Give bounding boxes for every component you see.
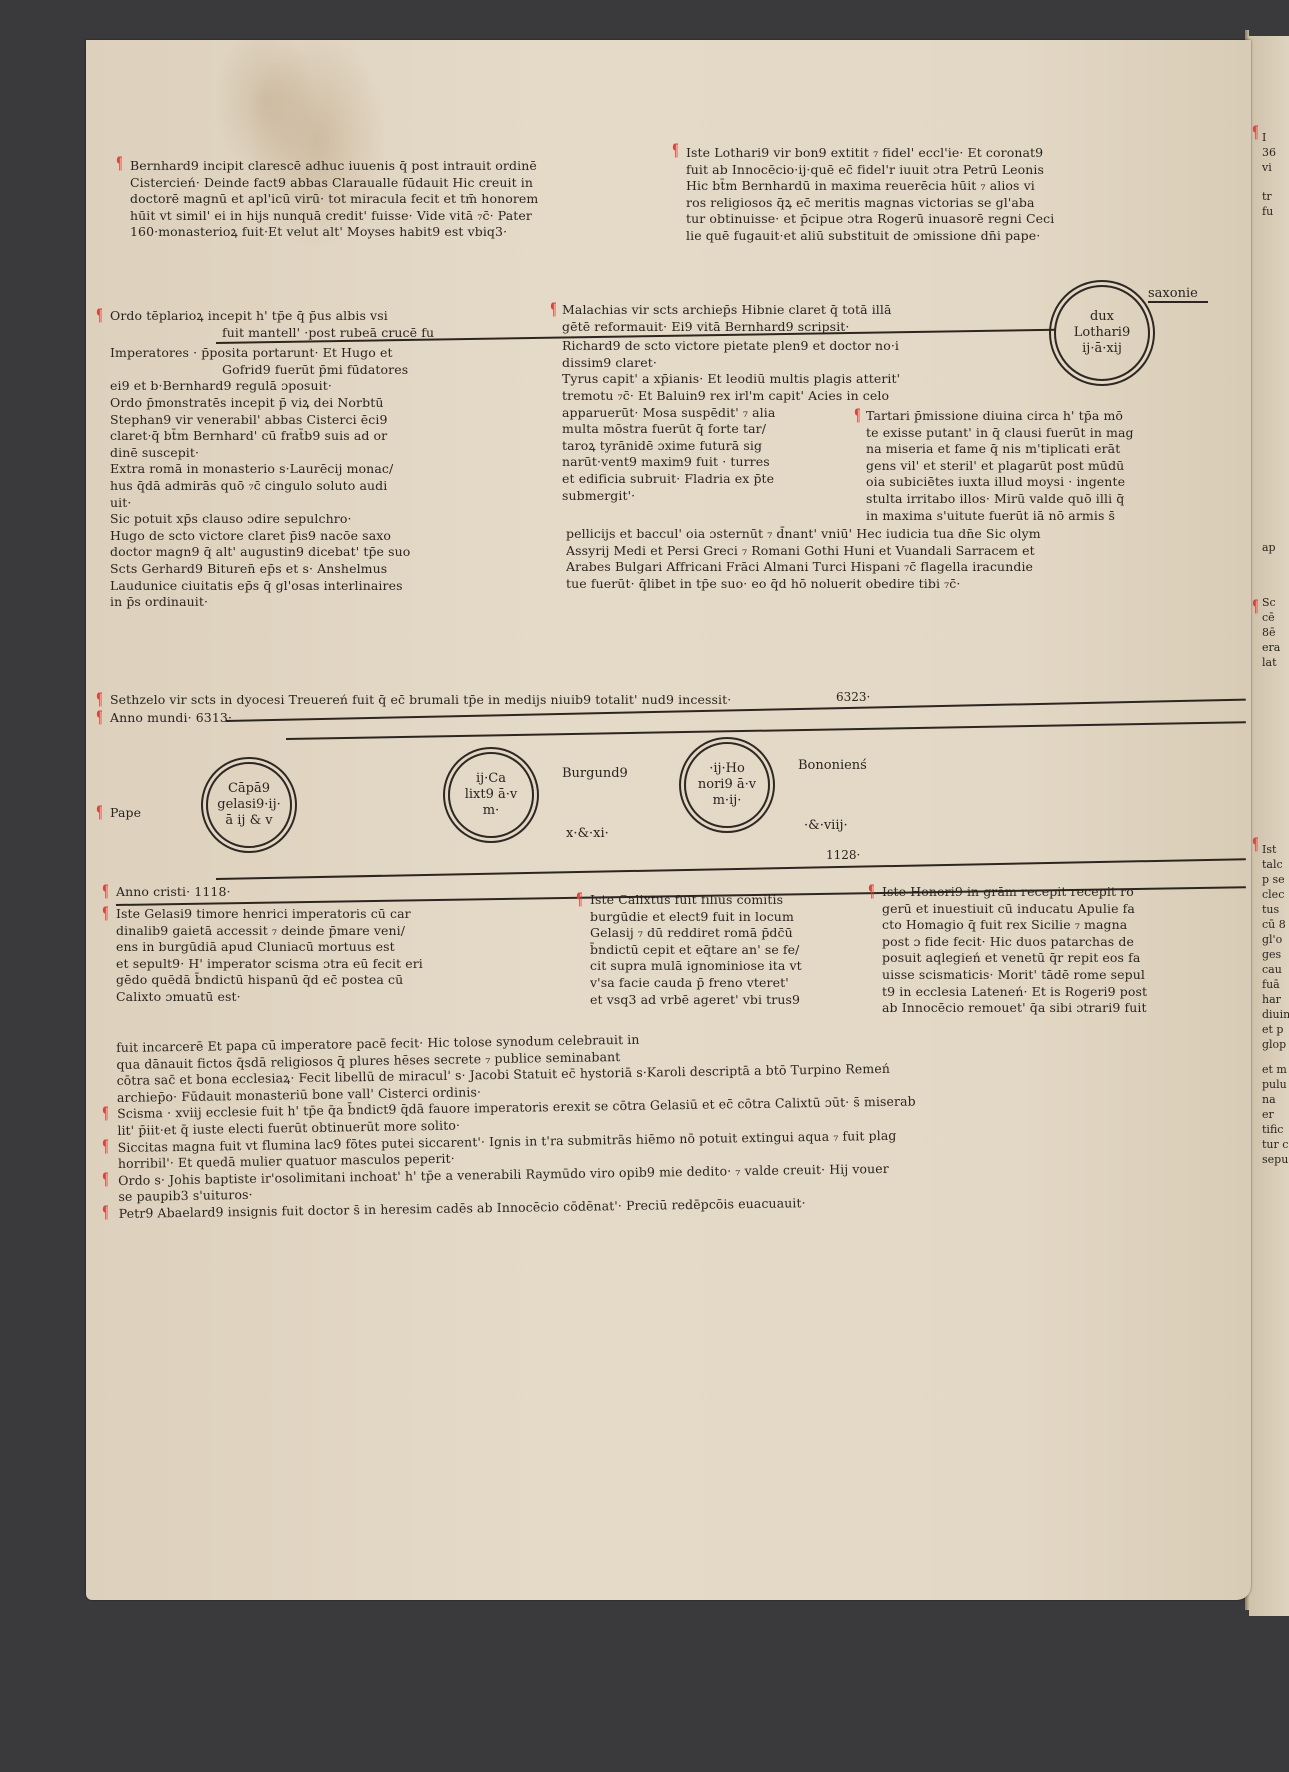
page: ¶ Bernhard9 incipit clarescē adhuc iuuen… xyxy=(86,40,1251,1600)
text-line: Stephan9 vir venerabil' abbas Cisterci ē… xyxy=(110,412,434,429)
pilcrow-icon: ¶ xyxy=(1252,600,1258,615)
text-line: na miseria et fame q̄ nis m'tiplicati er… xyxy=(866,441,1134,458)
anno-cristi-label: Anno cristi· xyxy=(116,884,190,899)
text-line: stulta irritabo illos· Mirū valde quō il… xyxy=(866,491,1134,508)
text-line: Bernhard9 incipit clarescē adhuc iuuenis… xyxy=(130,158,538,175)
text-line: submergit'· xyxy=(562,488,900,505)
bononiens-value: ·&·viij· xyxy=(804,818,848,833)
pilcrow-icon: ¶ xyxy=(96,308,103,325)
text-line: Arabes Bulgari Affricani Frāci Almani Tu… xyxy=(566,559,1041,576)
text-line: lie quē fugauit·et aliū substituit de ɔm… xyxy=(686,228,1054,245)
text-line: t9 in ecclesia Lateneń· Et is Rogeri9 po… xyxy=(882,984,1147,1001)
text-line: doctorē magnū et apl'icū virū· tot mirac… xyxy=(130,191,538,208)
pilcrow-icon: ¶ xyxy=(868,884,875,901)
circle-text: ij·ā·xij xyxy=(1082,341,1122,357)
pilcrow-icon: ¶ xyxy=(116,156,123,173)
gelasius-circle: Cāpā9 gelasi9·ij· ā ij & v xyxy=(206,762,292,848)
text-line: ab Innocēcio remouet' q̄a sibi ɔtrari9 f… xyxy=(882,1000,1147,1017)
bernhard-entry: ¶ Bernhard9 incipit clarescē adhuc iuuen… xyxy=(130,158,538,241)
text-line: ei9 et b·Bernhard9 regulā ɔposuit· xyxy=(110,378,434,395)
sethzelo-entry: ¶ Sethzelo vir scts in dyocesi Treuereń … xyxy=(110,692,731,709)
text-line: apparuerūt· Mosa suspēdit' ₇ alia xyxy=(562,405,900,422)
circle-text: ā ij & v xyxy=(225,813,272,829)
text-line: Tyrus capit' a xp̄ianis· Et leodiū multi… xyxy=(562,371,900,388)
pilcrow-icon: ¶ xyxy=(102,1203,108,1223)
text-line: 160·monasterioꝝ fuit·Et velut alt' Moyse… xyxy=(130,224,538,241)
text-line: gēdo quēdā b̄ndictū hispanū q̄d ec̄ post… xyxy=(116,972,423,989)
pape-label: ¶ Pape xyxy=(110,805,141,822)
gelasius-entry: ¶ Iste Gelasi9 timore henrici imperatori… xyxy=(116,906,423,1006)
calixtus-entry: ¶ Iste Calixtus fuit filius comitis burg… xyxy=(590,892,802,1008)
facing-page-text: ap ¶ Sc cē 8ē era lat xyxy=(1262,540,1280,670)
tartari-continuation: pellicijs et baccul' oia ɔsternūt ₇ d̄na… xyxy=(566,526,1041,592)
text-line: te exisse putant' in q̄ clausi fuerūt in… xyxy=(866,425,1134,442)
text-line: Hugo de scto victore claret p̄is9 nacōe … xyxy=(110,528,434,545)
timeline-rule-lower xyxy=(216,858,1246,880)
pilcrow-icon: ¶ xyxy=(1252,838,1258,853)
burgundy-label: Burgund9 xyxy=(562,766,628,781)
lothar-entry: ¶ Iste Lothari9 vir bon9 extitit ₇ fidel… xyxy=(686,145,1054,245)
text-line: Hic bt̄m Bernhardū in maxima reuerēcia h… xyxy=(686,178,1054,195)
text-line: Ordo tēplarioꝝ incepit h' tp̄e q̄ p̄us a… xyxy=(110,308,434,325)
text-line: in p̄s ordinauit· xyxy=(110,594,434,611)
text-line: Gelasij ₇ dū reddiret romā p̄dc̄ū xyxy=(590,925,802,942)
bononiens-label: Bononienś xyxy=(798,758,867,773)
text-line: gens vil' et steril' et plagarūt post mū… xyxy=(866,458,1134,475)
text-line: tremotu ₇c̄· Et Baluin9 rex irl'm capit'… xyxy=(562,388,900,405)
circle-text: ·ij·Ho xyxy=(709,761,745,777)
lower-year: 1128· xyxy=(826,848,860,862)
text-line: tue fuerūt· q̄libet in tp̄e suo· eo q̄d … xyxy=(566,576,1041,593)
pilcrow-icon: ¶ xyxy=(102,906,109,923)
text-line: hus q̄dā admirās quō ₇c̄ cingulo soluto … xyxy=(110,478,434,495)
middle-left-column: ¶ Ordo tēplarioꝝ incepit h' tp̄e q̄ p̄us… xyxy=(110,308,434,611)
pilcrow-icon: ¶ xyxy=(96,710,103,727)
text-line: Sethzelo vir scts in dyocesi Treuereń fu… xyxy=(110,692,731,709)
text-line: Extra romā in monasterio s·Laurēcij mona… xyxy=(110,461,434,478)
text-line: uisse scismaticis· Morit' tādē rome sepu… xyxy=(882,967,1147,984)
text-line: Calixto ɔmuatū est· xyxy=(116,989,423,1006)
text-line: posuit aqlegień et venetū q̄r repit eos … xyxy=(882,950,1147,967)
text-line: dinalib9 gaietā accessit ₇ deinde p̄mare… xyxy=(116,923,423,940)
text-line: hūit vt simil' ei in hijs nunquā credit'… xyxy=(130,208,538,225)
lothar-circle: dux Lothari9 ij·ā·xij xyxy=(1054,285,1150,381)
text-line: et vsq3 ad vrbē ageret' vbi trus9 xyxy=(590,992,802,1009)
text-line: et edificia subruit· Fladria ex p̄te xyxy=(562,471,900,488)
text-line: narūt·vent9 maxim9 fuit · turres xyxy=(562,454,900,471)
text-line: burgūdie et elect9 fuit in locum xyxy=(590,909,802,926)
text-line: Gofrid9 fuerūt p̄mi fūdatores xyxy=(110,362,434,379)
anno-cristi-value: 1118· xyxy=(194,884,230,899)
text-line: oia subiciētes iuxta illud moysi · ingen… xyxy=(866,474,1134,491)
text-line: ros religiosos q̄ꝝ ec̄ meritis magnas vi… xyxy=(686,195,1054,212)
text-line: ens in burgūdiā apud Cluniacū mortuus es… xyxy=(116,939,423,956)
text-line: multa mōstra fuerūt q̄ forte tar/ xyxy=(562,421,900,438)
middle-right-column: ¶ Tartari p̄missione diuina circa h' tp̄… xyxy=(866,408,1134,524)
calixtus-circle: ij·Ca lixt9 ā·v m· xyxy=(448,752,534,838)
text-line: Iste Honori9 in grām recepit recepit ro xyxy=(882,884,1147,901)
pilcrow-icon: ¶ xyxy=(102,1137,108,1157)
text-line: in maxima s'uitute fuerūt iā nō armis s̄ xyxy=(866,508,1134,525)
pilcrow-icon: ¶ xyxy=(96,692,103,709)
text-line: doctor magn9 q̄ alt' augustin9 dicebat' … xyxy=(110,544,434,561)
circle-text: Cāpā9 xyxy=(228,781,270,797)
text-line: cto Homagio q̄ fuit rex Sicilie ₇ magna xyxy=(882,917,1147,934)
text-line: fuit ab Innocēcio·ij·quē ec̄ fidel'r iuu… xyxy=(686,162,1054,179)
text-line: Richard9 de scto victore pietate plen9 e… xyxy=(562,338,900,355)
text-line: v'sa facie cauda p̄ freno vteret' xyxy=(590,975,802,992)
circle-text: m· xyxy=(483,803,499,819)
text-line: tur obtinuisse· et p̄cipue ɔtra Rogerū i… xyxy=(686,211,1054,228)
pilcrow-icon: ¶ xyxy=(576,892,583,909)
text-line: Sic potuit xp̄s clauso ɔdire sepulchro· xyxy=(110,511,434,528)
pilcrow-icon: ¶ xyxy=(854,408,861,425)
circle-text: Lothari9 xyxy=(1074,325,1130,341)
text-line: Tartari p̄missione diuina circa h' tp̄a … xyxy=(866,408,1134,425)
circle-text: lixt9 ā·v xyxy=(465,787,518,803)
pilcrow-icon: ¶ xyxy=(102,884,109,901)
facing-page xyxy=(1249,36,1289,1616)
pilcrow-icon: ¶ xyxy=(102,1170,108,1190)
text-line: Imperatores · p̄posita portarunt· Et Hug… xyxy=(110,345,434,362)
anno-mundi-label: Anno mundi· xyxy=(110,710,192,725)
text-line: pellicijs et baccul' oia ɔsternūt ₇ d̄na… xyxy=(566,526,1041,543)
circle-text: m·ij· xyxy=(713,793,742,809)
text-line: dissim9 claret· xyxy=(562,355,900,372)
circle-text: ij·Ca xyxy=(476,771,506,787)
circle-text: dux xyxy=(1090,309,1114,325)
text-line: post ɔ fide fecit· Hic duos patarchas de xyxy=(882,934,1147,951)
text-line: b̄ndictū cepit et eq̄tare an' se fe/ xyxy=(590,942,802,959)
bottom-entries: fuit incarcerē Et papa cū imperatore pac… xyxy=(116,1027,917,1222)
circle-text: nori9 ā·v xyxy=(698,777,756,793)
facing-page-text: ¶ Ist talc p se clec tus cū 8 gl'o ges c… xyxy=(1262,842,1289,1167)
honorius-circle: ·ij·Ho nori9 ā·v m·ij· xyxy=(684,742,770,828)
text-line: Scts Gerhard9 Bituren̄ ep̄s et s· Anshel… xyxy=(110,561,434,578)
burgundy-value: x·&·xi· xyxy=(566,826,609,841)
pilcrow-icon: ¶ xyxy=(96,805,103,822)
text-line: taroꝝ tyrānidē ɔxime futurā sig xyxy=(562,438,900,455)
text-line: uit· xyxy=(110,495,434,512)
pilcrow-icon: ¶ xyxy=(1252,126,1258,141)
text-line: Iste Calixtus fuit filius comitis xyxy=(590,892,802,909)
text-line: Ordo p̄monstratēs incepit p̄ viꝝ dei Nor… xyxy=(110,395,434,412)
text-line: et sepult9· H' imperator scisma ɔtra eū … xyxy=(116,956,423,973)
text-line: claret·q̄ bt̄m Bernhard' cū frat̄b9 suis… xyxy=(110,428,434,445)
circle-text: gelasi9·ij· xyxy=(217,797,280,813)
text-line: Iste Gelasi9 timore henrici imperatoris … xyxy=(116,906,423,923)
anno-mundi-value: 6313· xyxy=(196,710,232,725)
pilcrow-icon: ¶ xyxy=(672,143,679,160)
anno-mundi: ¶ Anno mundi· 6313· xyxy=(110,710,232,727)
upper-year: 6323· xyxy=(836,690,870,704)
text-line: Assyrij Medi et Persi Greci ₇ Romani Got… xyxy=(566,543,1041,560)
text-line: Laudunice ciuitatis ep̄s q̄ gl'osas inte… xyxy=(110,578,434,595)
facing-page-text: ¶ I 36 vi tr fu xyxy=(1262,130,1276,219)
pilcrow-icon: ¶ xyxy=(550,302,557,319)
honorius-entry: ¶ Iste Honori9 in grām recepit recepit r… xyxy=(882,884,1147,1017)
text-line: Cistercień· Deinde fact9 abbas Clarauall… xyxy=(130,175,538,192)
saxonie-label: saxonie xyxy=(1148,286,1208,303)
text-line: cit supra mulā ignominiose ita vt xyxy=(590,958,802,975)
text-line: gerū et inuestiuit cū inducatu Apulie fa xyxy=(882,901,1147,918)
anno-cristi: ¶ Anno cristi· 1118· xyxy=(116,884,231,901)
text-line: Malachias vir scts archiep̄s Hibnie clar… xyxy=(562,302,900,319)
pilcrow-icon: ¶ xyxy=(102,1104,108,1124)
timeline-rule-mundi xyxy=(286,721,1246,740)
text-line: Iste Lothari9 vir bon9 extitit ₇ fidel' … xyxy=(686,145,1054,162)
text-line: dinē suscepit· xyxy=(110,445,434,462)
